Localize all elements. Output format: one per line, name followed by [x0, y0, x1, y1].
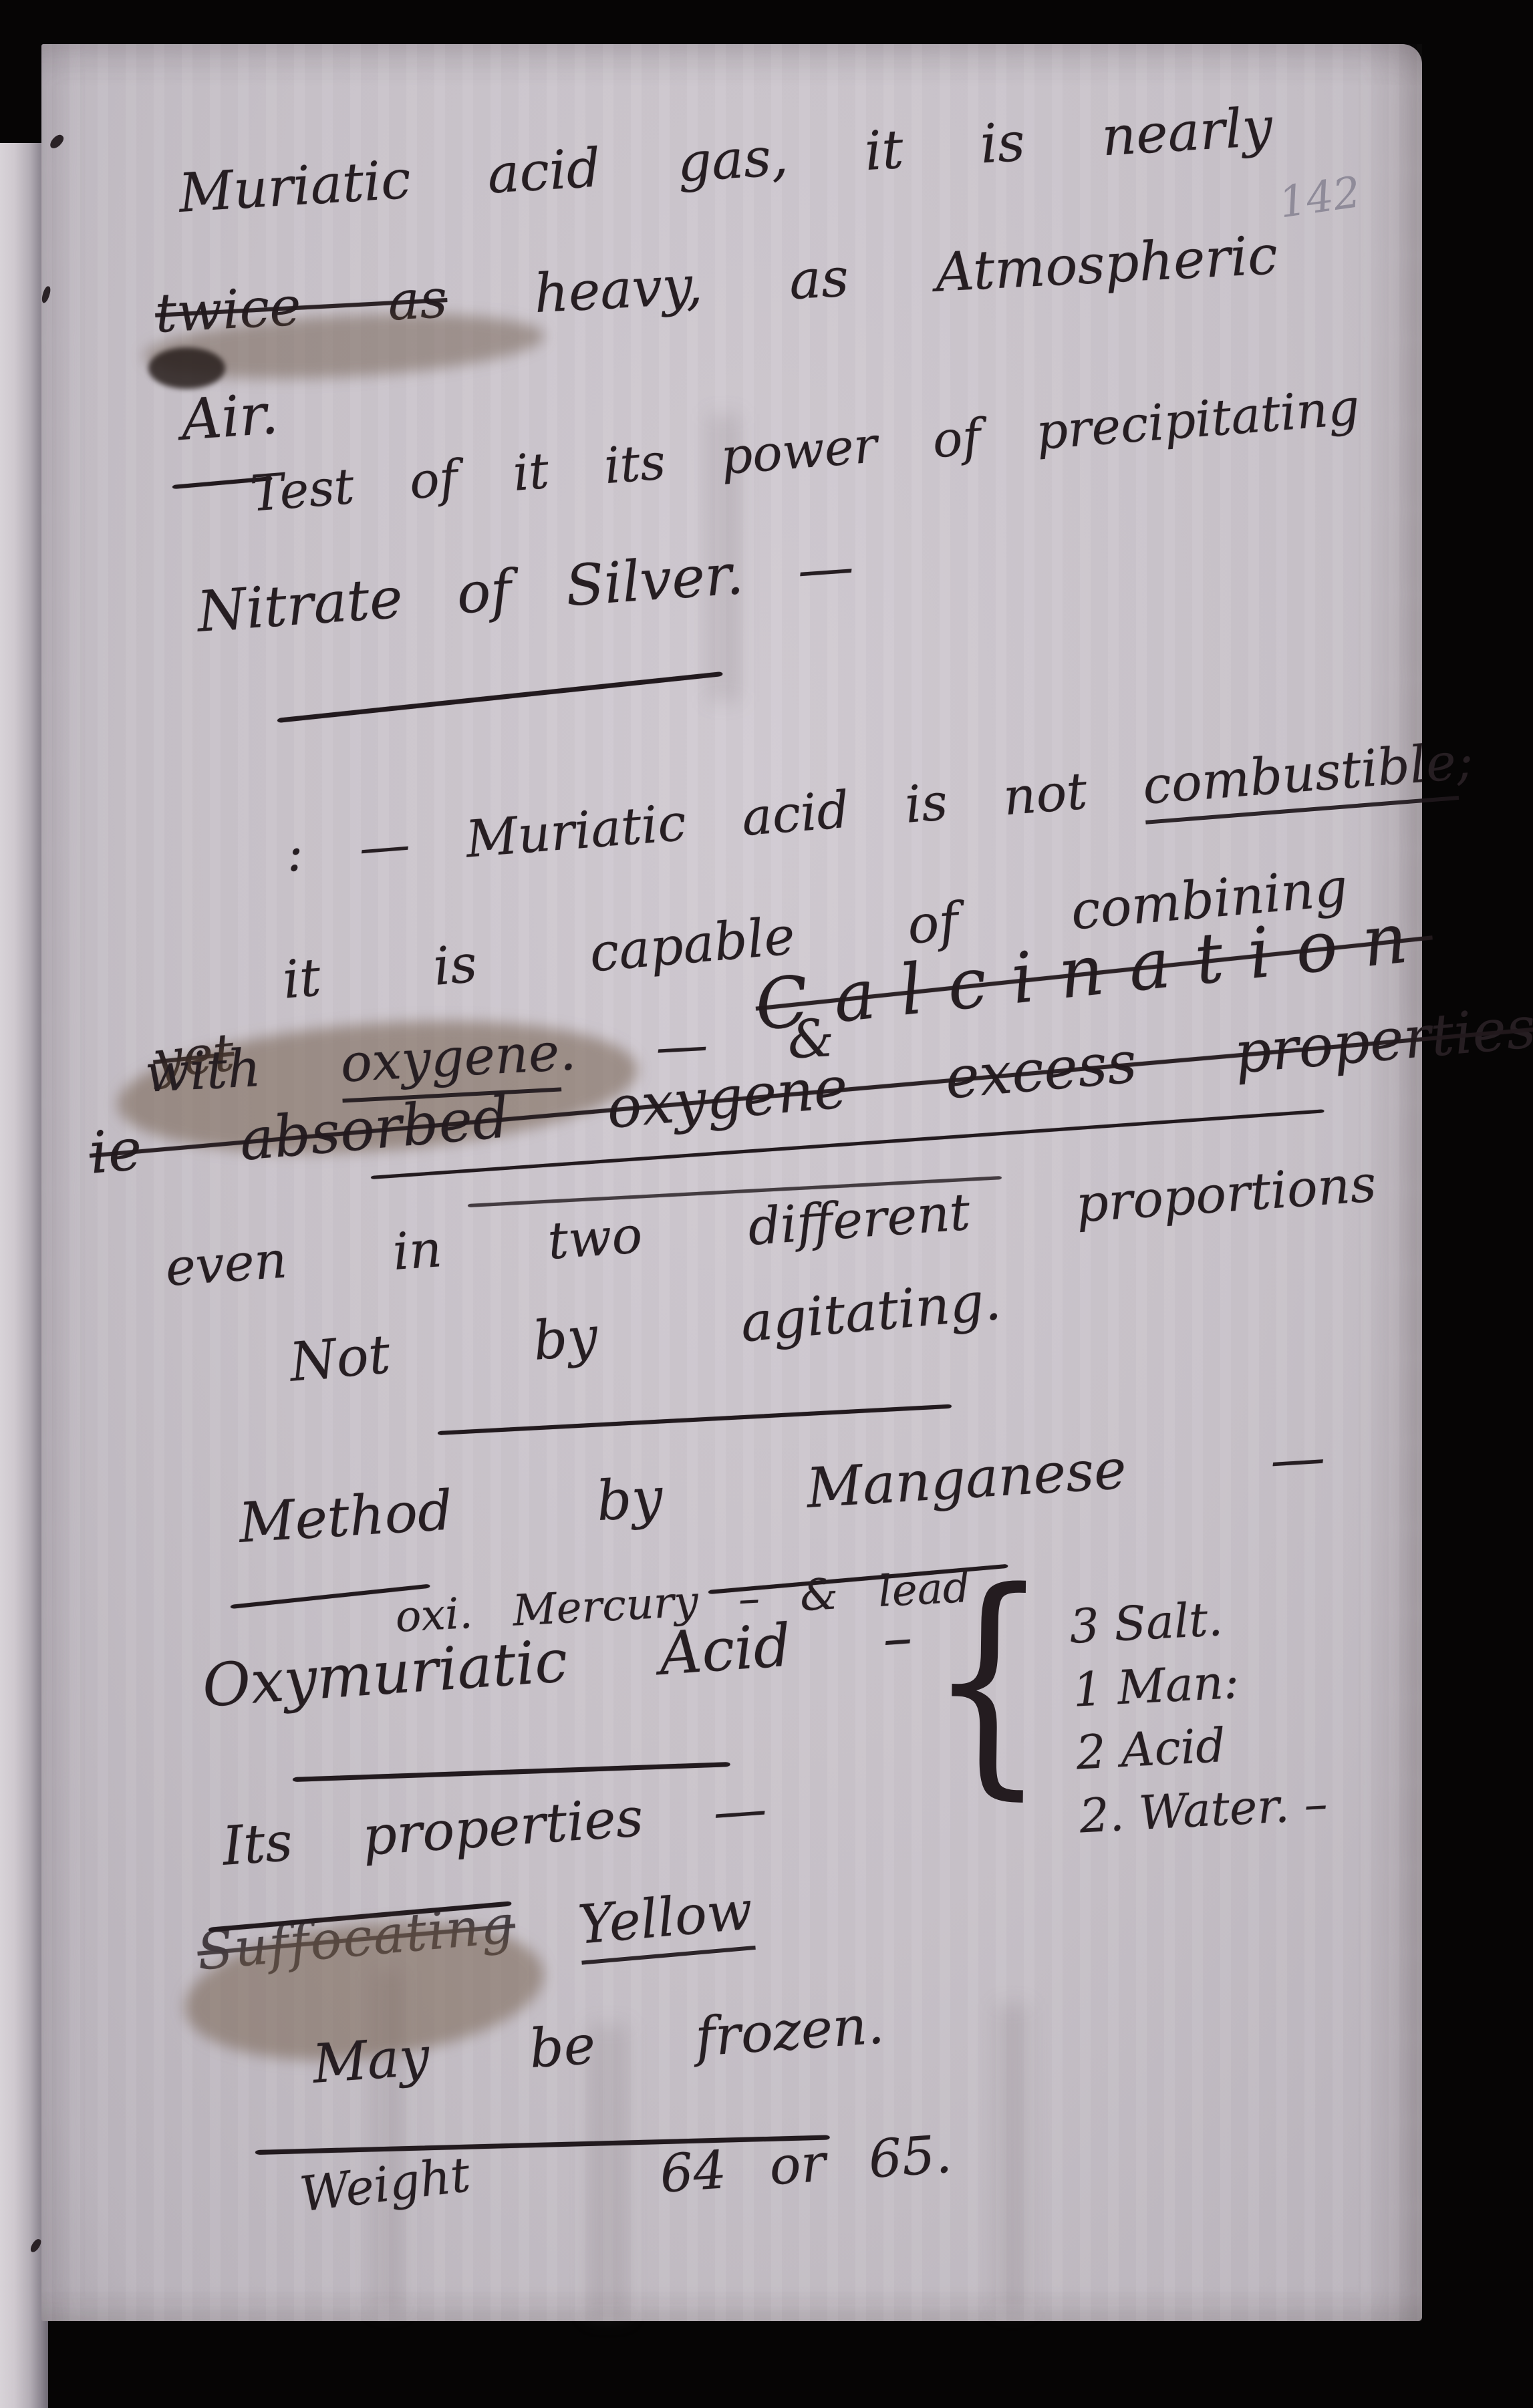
word-by: by: [595, 1466, 664, 1533]
underlined-word: Yellow: [576, 1879, 756, 1964]
line-lead-mark: : —: [284, 814, 412, 883]
recipe-brace: {: [927, 1558, 1050, 1801]
recipe-item-water: 2. Water. –: [1078, 1772, 1329, 1848]
ink-blot: [148, 347, 225, 389]
trailing-dash: —: [1268, 1426, 1327, 1493]
folio-number: 142: [1276, 170, 1363, 227]
word-yellow: Yellow: [576, 1882, 754, 1953]
line-air: Air.: [179, 384, 280, 450]
line-text: with: [144, 1038, 263, 1104]
word-method: Method: [237, 1479, 454, 1555]
recipe-list: 3 Salt. 1 Man: 2 Acid 2. Water. –: [1068, 1583, 1329, 1848]
scanned-notebook-photo: 142 Muriatic acid gas, it is nearly twic…: [0, 0, 1533, 2408]
